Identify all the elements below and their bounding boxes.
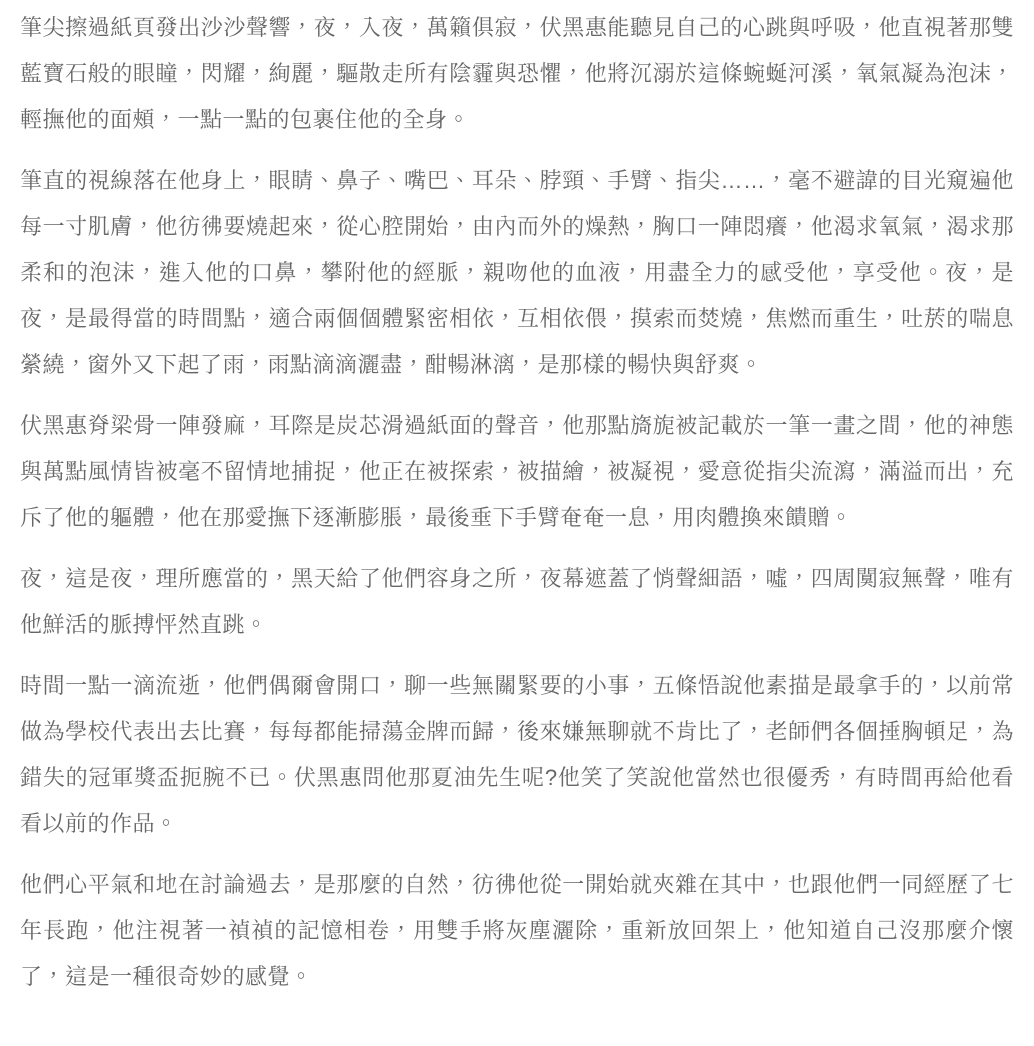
- page: 筆尖擦過紙頁發出沙沙聲響，夜，入夜，萬籟俱寂，伏黑惠能聽見自己的心跳與呼吸，他直…: [0, 0, 1034, 1046]
- story-text: 筆尖擦過紙頁發出沙沙聲響，夜，入夜，萬籟俱寂，伏黑惠能聽見自己的心跳與呼吸，他直…: [0, 0, 1034, 1000]
- paragraph-2: 筆直的視線落在他身上，眼睛、鼻子、嘴巴、耳朵、脖頸、手臂、指尖……，毫不避諱的目…: [20, 158, 1014, 388]
- paragraph-6: 他們心平氣和地在討論過去，是那麼的自然，彷彿他從一開始就夾雜在其中，也跟他們一同…: [20, 862, 1014, 1000]
- paragraph-5: 時間一點一滴流逝，他們偶爾會開口，聊一些無關緊要的小事，五條悟說他素描是最拿手的…: [20, 663, 1014, 847]
- paragraph-3: 伏黑惠脊梁骨一陣發麻，耳際是炭芯滑過紙面的聲音，他那點旖旎被記載於一筆一畫之間，…: [20, 403, 1014, 541]
- paragraph-4: 夜，這是夜，理所應當的，黑天給了他們容身之所，夜幕遮蓋了悄聲細語，噓，四周闃寂無…: [20, 556, 1014, 648]
- paragraph-1: 筆尖擦過紙頁發出沙沙聲響，夜，入夜，萬籟俱寂，伏黑惠能聽見自己的心跳與呼吸，他直…: [20, 5, 1014, 143]
